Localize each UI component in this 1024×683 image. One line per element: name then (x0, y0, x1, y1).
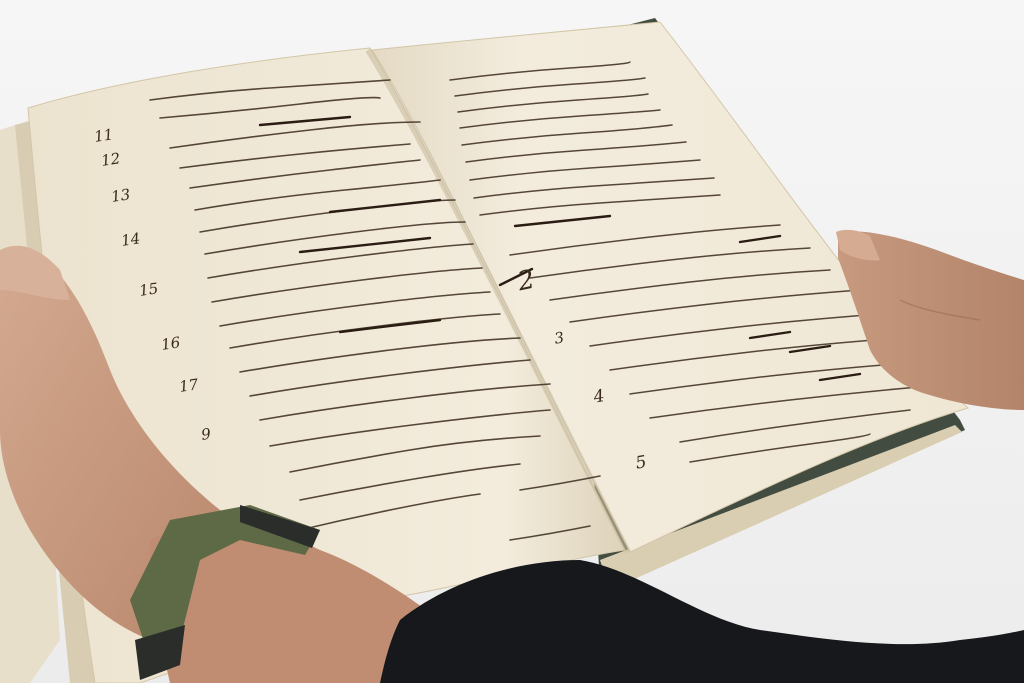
scene-illustration (0, 0, 1024, 683)
margin-numeral: 15 (138, 279, 159, 299)
photo-scene: 11 12 13 14 15 16 17 9 2 3 4 5 Two hands… (0, 0, 1024, 683)
margin-numeral: 9 (200, 425, 212, 444)
margin-numeral: 13 (110, 185, 131, 205)
margin-numeral: 14 (120, 229, 141, 249)
margin-numeral: 17 (178, 375, 199, 395)
margin-numeral: 11 (93, 125, 114, 145)
margin-numeral: 12 (100, 149, 121, 169)
margin-numeral: 16 (160, 333, 181, 353)
